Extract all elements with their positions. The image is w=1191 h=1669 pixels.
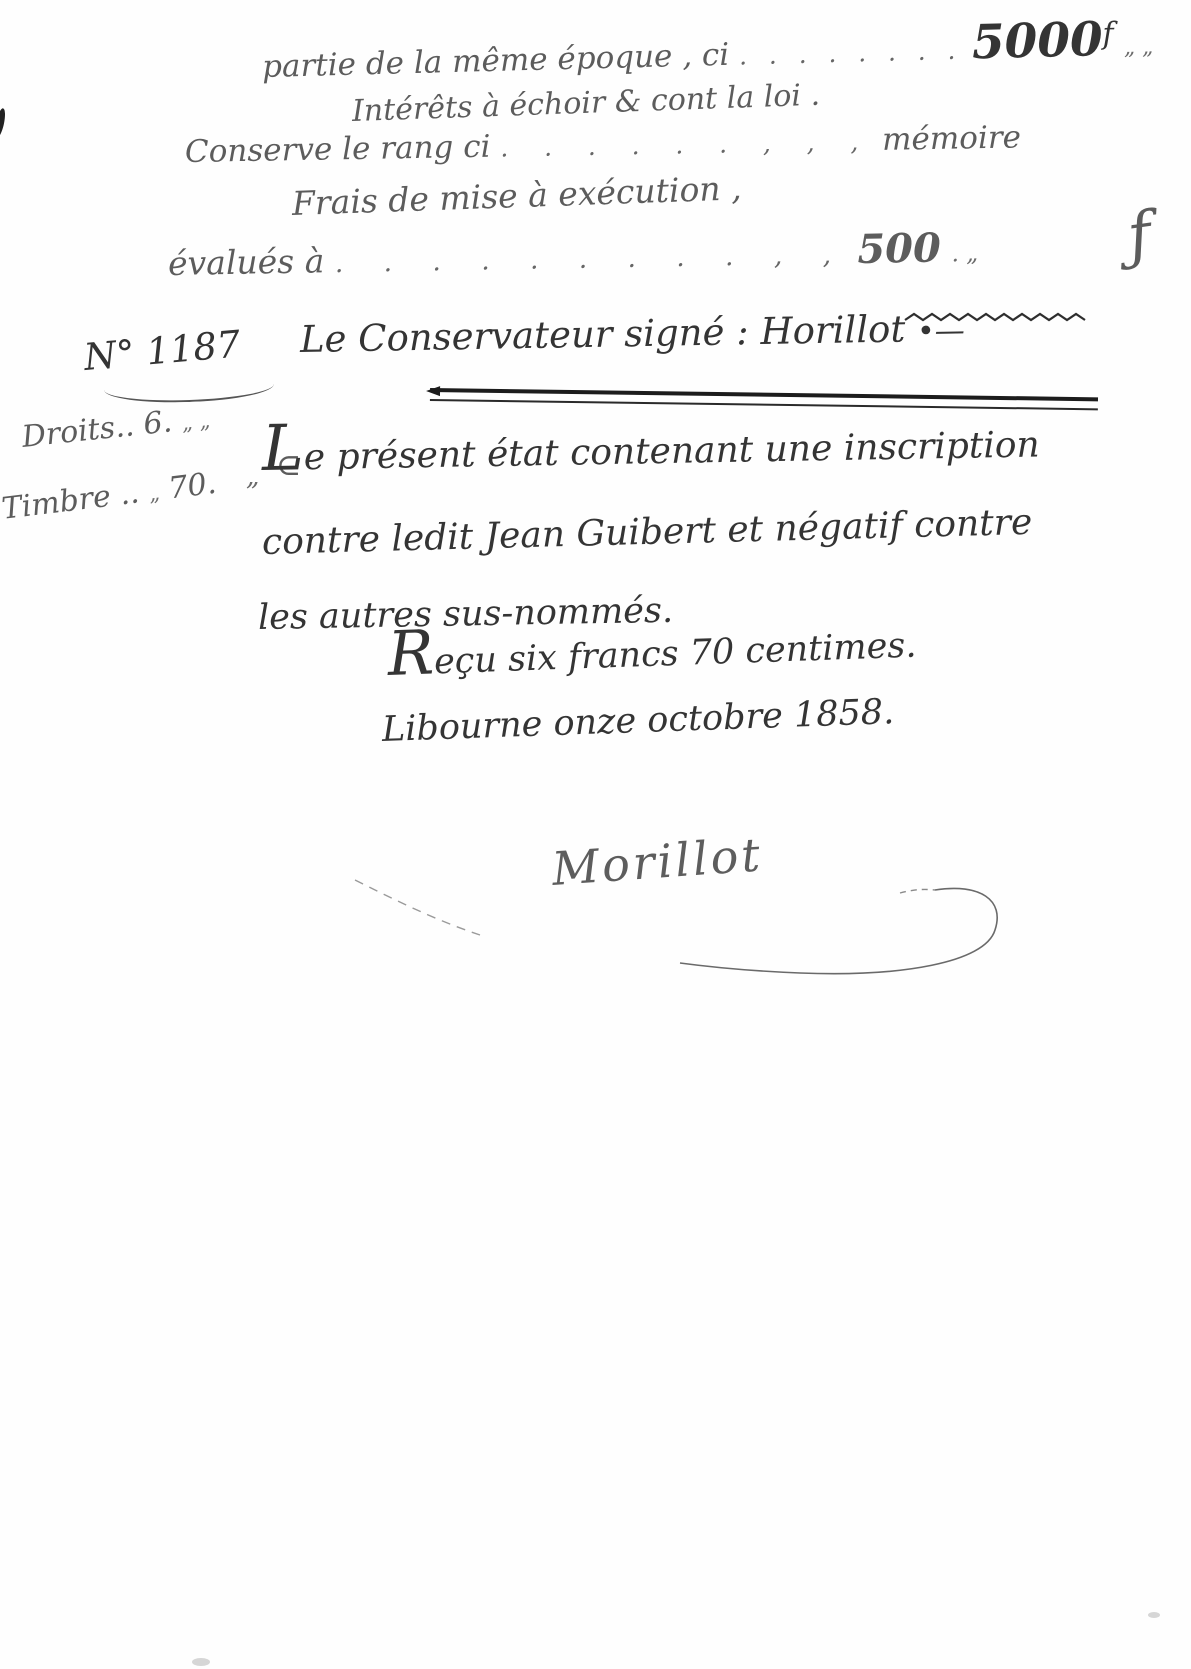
- droits-marks: „ „: [180, 408, 211, 435]
- ledger-line-5-marks: . „: [951, 241, 978, 267]
- ledger-line-5-amount: 500: [857, 225, 941, 273]
- timbre-value: 70.: [167, 466, 219, 507]
- ledger-line-1-leader: . . . . . . . .: [739, 36, 963, 71]
- registry-number-underline: [104, 369, 275, 405]
- margin-timbre: Timbre .. „ 70.: [0, 466, 218, 527]
- ledger-line-3-text: Conserve le rang ci: [185, 129, 491, 170]
- wavy-overline: [905, 310, 1085, 324]
- margin-droits: Droits.. 6. „ „: [20, 400, 211, 455]
- ledger-line-3-value: mémoire: [882, 119, 1021, 157]
- timbre-label: Timbre ..: [0, 475, 141, 527]
- ledger-line-5-text: évalués à: [168, 241, 325, 283]
- timbre-marks: „: [147, 481, 161, 506]
- edge-ink-mark: [0, 107, 7, 138]
- ledger-line-2-text: Intérêts à échoir & cont la loi .: [351, 78, 820, 129]
- ledger-line-5-leader: . . . . . . . . . , ,: [335, 239, 848, 279]
- quote-glyph: „: [246, 462, 259, 492]
- place-date-line: Libourne onze octobre 1858.: [381, 692, 895, 750]
- ledger-line-2: Intérêts à échoir & cont la loi .: [351, 78, 820, 129]
- manuscript-page: partie de la même époque , ci . . . . . …: [0, 0, 1191, 1669]
- ledger-line-1: partie de la même époque , ci . . . . . …: [261, 11, 1153, 89]
- ledger-line-3: Conserve le rang ci . . . . . . , , , mé…: [185, 119, 1022, 170]
- droits-value: 6.: [142, 404, 174, 442]
- ledger-line-1-text: partie de la même époque , ci: [262, 37, 730, 85]
- separator-double-rule: [430, 388, 1098, 410]
- droits-label: Droits..: [20, 408, 136, 455]
- ledger-line-4: Frais de mise à exécution ,: [291, 168, 742, 223]
- body-line-1: Le présent état contenant une inscriptio…: [262, 424, 1040, 479]
- scan-smudge-right: [1148, 1612, 1160, 1618]
- body-line-2-text: contre ledit Jean Guibert et négatif con…: [261, 502, 1032, 563]
- margin-quote-mark: „: [246, 462, 259, 492]
- body-line-2: contre ledit Jean Guibert et négatif con…: [261, 502, 1032, 563]
- signature-flourish: [340, 855, 1010, 985]
- conservateur-line: Le Conservateur signé : Horillot •—: [300, 306, 965, 361]
- ledger-line-1-marks: „ „: [1124, 35, 1154, 61]
- place-date-text: Libourne onze octobre 1858.: [381, 692, 895, 750]
- scan-smudge-bottom: [192, 1658, 210, 1666]
- ledger-line-1-amount: 5000: [971, 12, 1103, 70]
- body-line-3: les autres sus-nommés.: [258, 591, 674, 638]
- ledger-line-5: évalués à . . . . . . . . . , , 500 . „: [168, 224, 979, 285]
- franc-flourish: ƒ: [1123, 197, 1156, 272]
- rule-nib: [426, 386, 440, 396]
- body-line-1-text: Le présent état contenant une inscriptio…: [262, 424, 1040, 479]
- ledger-line-3-leader: . . . . . . , , ,: [500, 127, 872, 162]
- conservateur-text: Le Conservateur signé : Horillot: [300, 307, 906, 361]
- body-line-3-text: les autres sus-nommés.: [258, 591, 674, 638]
- ledger-line-4-text: Frais de mise à exécution ,: [291, 168, 742, 223]
- franc-symbol: f: [1102, 16, 1114, 51]
